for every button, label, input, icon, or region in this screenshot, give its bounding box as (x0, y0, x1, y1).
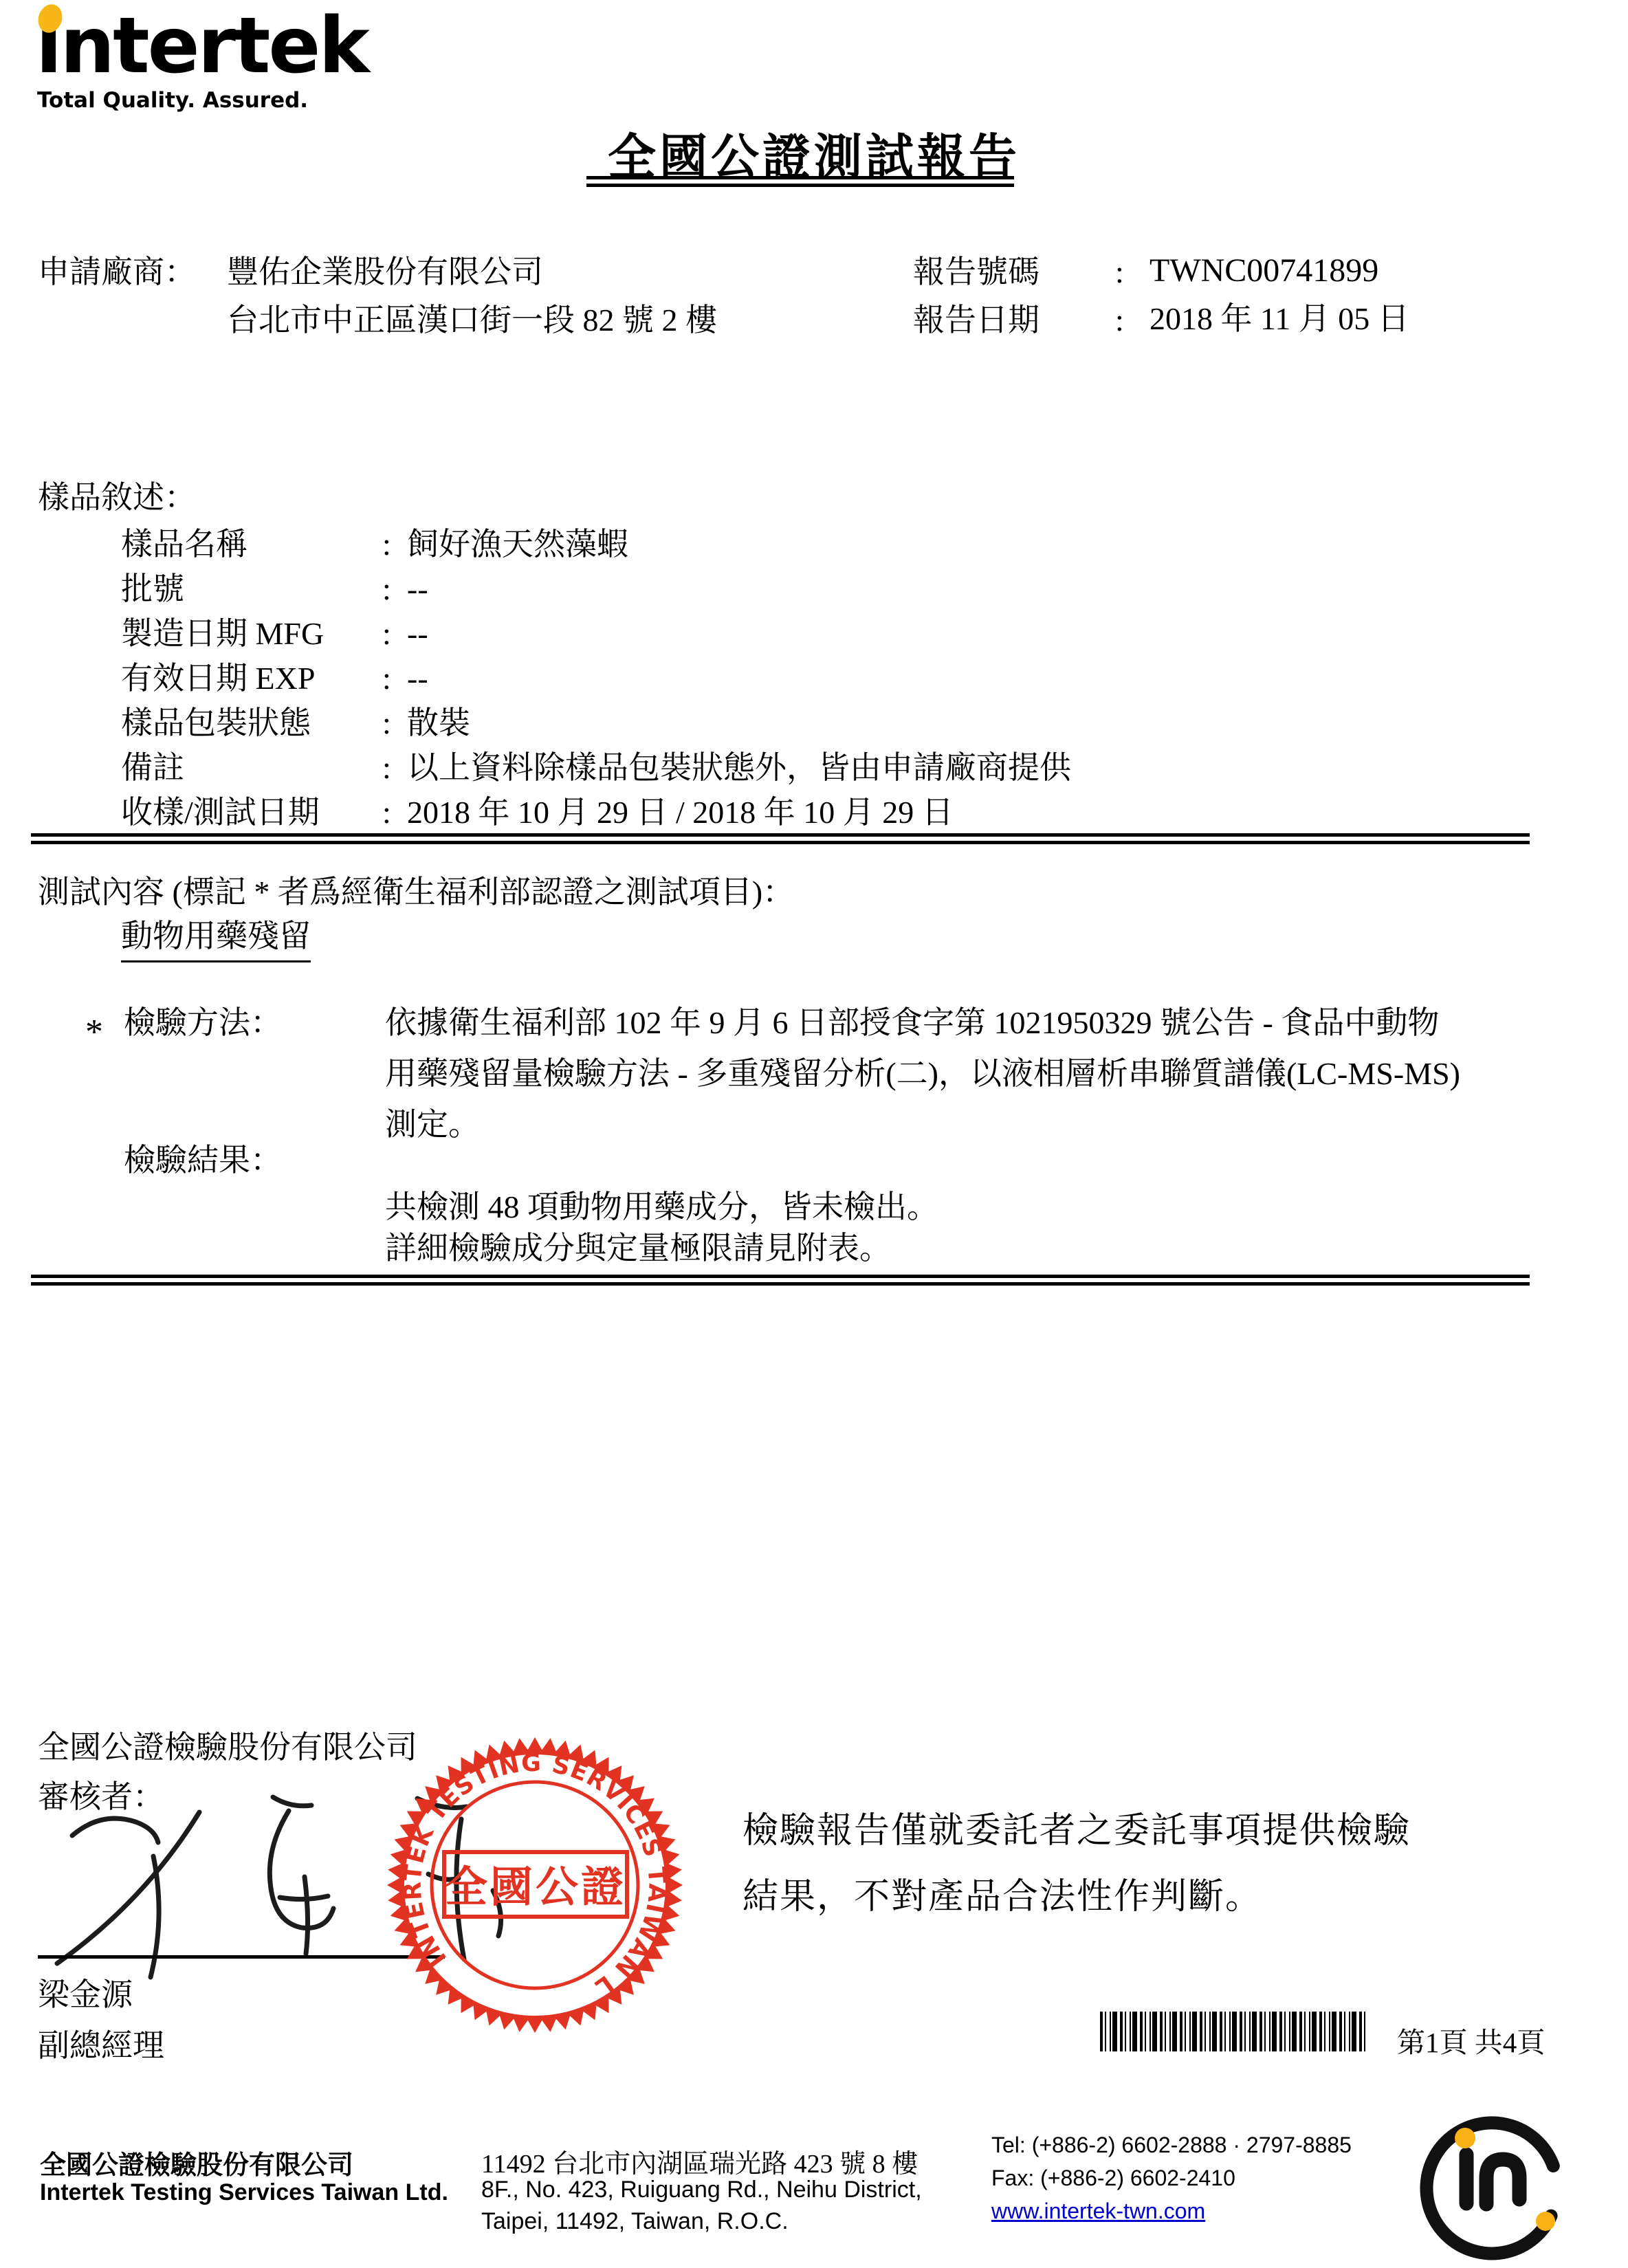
sample-row-value: -- (407, 571, 428, 608)
sample-row-label: 有效日期 EXP (121, 661, 315, 697)
sample-row-colon: : (382, 795, 391, 831)
sample-row-colon: : (382, 705, 391, 742)
signoff-company: 全國公證檢驗股份有限公司 (38, 1730, 417, 1766)
sample-row-label: 批號 (121, 571, 184, 608)
footer-fax: Fax: (+886-2) 6602-2410 (991, 2166, 1235, 2191)
test-method-line1: 依據衛生福利部 102 年 9 月 6 日部授食字第 1021950329 號公… (385, 1005, 1439, 1042)
sample-row-colon: : (382, 750, 391, 786)
roundel-i-dot-icon (1455, 2128, 1475, 2148)
reviewer-name: 梁金源 (38, 1977, 133, 2014)
test-category-label: 動物用藥殘留 (121, 918, 311, 962)
test-result-line1: 共檢測 48 項動物用藥成分，皆未檢出。 (385, 1189, 938, 1226)
sample-row-colon: : (382, 571, 391, 608)
footer-company-en: Intertek Testing Services Taiwan Ltd. (40, 2179, 448, 2206)
applicant-address: 台北市中正區漢口街一段 82 號 2 樓 (227, 302, 717, 339)
applicant-label: 申請廠商： (38, 254, 196, 291)
sample-row-label: 收樣/測試日期 (121, 795, 320, 831)
report-date-colon: : (1115, 302, 1124, 339)
section-divider-rule (31, 1275, 1530, 1286)
company-stamp: INTERTEK TESTING SERVICES TAIWAN LTD. 全國… (386, 1737, 683, 2034)
stamp-center-text: 全國公證 (445, 1864, 626, 1911)
footer-address-en1: 8F., No. 423, Ruiguang Rd., Neihu Distri… (481, 2177, 922, 2203)
disclaimer-line2: 結果，不對產品合法性作判斷。 (742, 1867, 1262, 1919)
sample-row-value: 以上資料除樣品包裝狀態外，皆由申請廠商提供 (407, 750, 1071, 786)
reviewer-title: 副總經理 (38, 2028, 164, 2065)
test-method-line2: 用藥殘留量檢驗方法 - 多重殘留分析(二)，以液相層析串聯質譜儀(LC-MS-M… (385, 1056, 1460, 1092)
sample-row-value: -- (407, 661, 428, 697)
intertek-roundel-logo (1413, 2109, 1571, 2267)
report-no-colon: : (1115, 254, 1124, 291)
footer-company-zh: 全國公證檢驗股份有限公司 (40, 2144, 353, 2181)
sample-row-value: 飼好漁天然藻蝦 (407, 527, 628, 563)
report-barcode (1100, 2012, 1368, 2051)
test-report-page: intertek Total Quality. Assured. 全國公證測試報… (0, 0, 1628, 2268)
page-info: 第1頁 共4頁 (1397, 2020, 1545, 2060)
sample-row-label: 備註 (121, 750, 184, 786)
intertek-logo: intertek (36, 1, 368, 91)
footer-address-en2: Taipei, 11492, Taiwan, R.O.C. (481, 2208, 789, 2235)
report-no-value: TWNC00741899 (1149, 252, 1378, 289)
sample-row-value: 2018 年 10 月 29 日 / 2018 年 10 月 29 日 (407, 795, 954, 831)
logo-tagline: Total Quality. Assured. (37, 88, 308, 113)
sample-row-label: 製造日期 MFG (121, 616, 324, 652)
test-result-label: 檢驗結果： (124, 1143, 282, 1179)
test-result-line2: 詳細檢驗成分與定量極限請見附表。 (385, 1231, 891, 1267)
report-date-value: 2018 年 11 月 05 日 (1149, 301, 1409, 338)
test-section-title: 測試內容 (標記 * 者爲經衛生福利部認證之測試項目)： (38, 874, 794, 911)
roundel-n-icon (1486, 2159, 1519, 2204)
footer-website-link[interactable]: www.intertek-twn.com (991, 2199, 1205, 2224)
test-method-line3: 測定。 (385, 1107, 480, 1143)
signature-rule (38, 1955, 445, 1959)
intertek-logo-text: intertek (36, 1, 368, 91)
sample-row-colon: : (382, 616, 391, 652)
test-category: 動物用藥殘留 (121, 918, 311, 962)
footer-tel: Tel: (+886-2) 6602-2888 · 2797-8885 (991, 2133, 1352, 2158)
section-divider-rule (31, 833, 1530, 844)
test-method-label: 檢驗方法： (124, 1005, 282, 1042)
sample-row-label: 樣品包裝狀態 (121, 705, 311, 742)
title-double-underline (586, 176, 1014, 187)
report-date-label: 報告日期 (913, 302, 1039, 339)
certified-asterisk: * (85, 1012, 103, 1053)
roundel-gap-dot-icon (1536, 2212, 1555, 2231)
applicant-name: 豐佑企業股份有限公司 (227, 254, 543, 291)
disclaimer-line1: 檢驗報告僅就委託者之委託事項提供檢驗 (742, 1801, 1411, 1853)
sample-row-colon: : (382, 661, 391, 697)
report-no-label: 報告號碼 (913, 254, 1039, 291)
footer-address-zh: 11492 台北市內湖區瑞光路 423 號 8 樓 (481, 2142, 918, 2180)
sample-section-title: 樣品敘述： (38, 480, 196, 516)
sample-row-value: 散裝 (407, 705, 470, 742)
sample-row-label: 樣品名稱 (121, 527, 247, 563)
sample-row-value: -- (407, 616, 428, 652)
sample-row-colon: : (382, 527, 391, 563)
